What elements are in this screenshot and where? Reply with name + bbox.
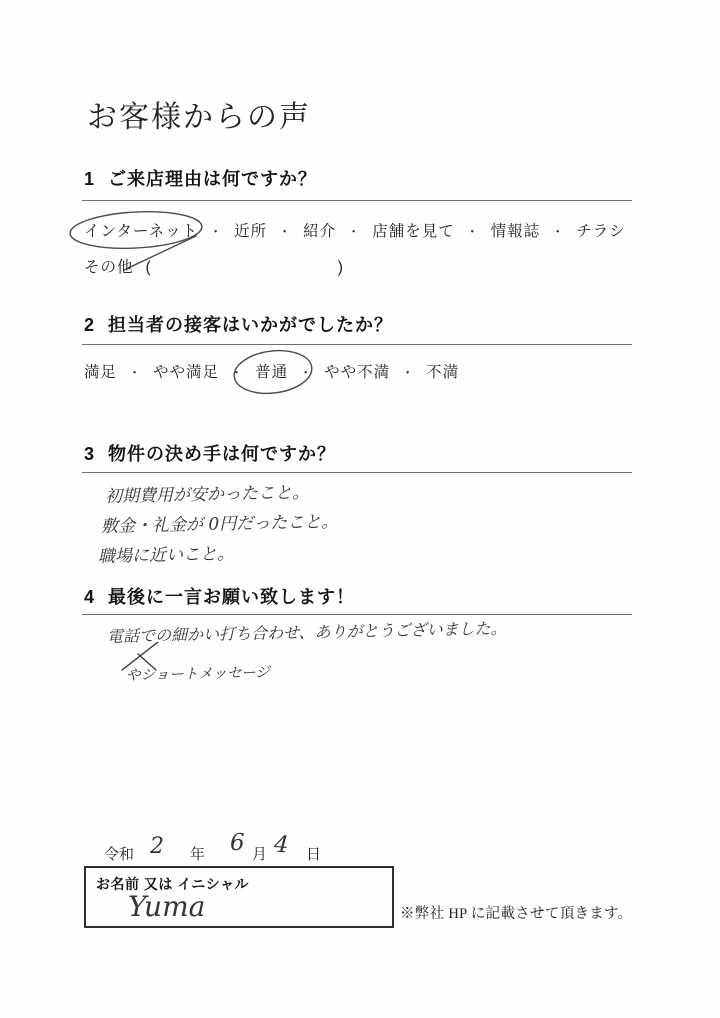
option-yaya-fuman: やや不満 (324, 360, 390, 382)
date-day-suffix: 日 (306, 843, 321, 864)
date-month-value: 6 (230, 830, 245, 856)
customer-feedback-form-scan: お客様からの声 1ご来店理由は何ですか？ インターネット ・ 近所 ・ 紹介 ・… (0, 0, 720, 1018)
question-3-answer-line-1: 初期費用が安かったこと。 (105, 478, 309, 507)
option-futsuu: 普通 (255, 360, 288, 382)
option-separator: ・ (299, 362, 313, 381)
footnote: ※弊社 HP に記載させて頂きます。 (400, 902, 633, 923)
option-separator: ・ (209, 221, 223, 240)
question-2-options: 満足 ・ やや満足 ・ 普通 ・ やや不満 ・ 不満 (84, 360, 459, 382)
option-separator: ・ (551, 221, 565, 240)
option-fuman: 不満 (426, 360, 459, 382)
question-4-text: 最後に一言お願い致します！ (108, 587, 355, 607)
question-2-divider (82, 344, 632, 345)
question-3-answer-line-2: 敷金・礼金が 0円だったこと。 (101, 507, 339, 537)
question-4-answer: 電話での細かい打ち合わせ、ありがとうございました。 (107, 616, 507, 647)
option-manzoku: 満足 (84, 360, 117, 382)
question-1-divider (82, 200, 632, 201)
question-3-answer-line-3: 職場に近いこと。 (98, 539, 234, 567)
option-shoukai: 紹介 (303, 219, 336, 241)
question-3-text: 物件の決め手は何ですか？ (108, 444, 336, 464)
option-separator: ・ (347, 221, 361, 240)
option-yaya-manzoku: やや満足 (153, 360, 219, 382)
option-chirashi: チラシ (576, 219, 626, 241)
other-paren-close: ) (338, 259, 344, 277)
question-1-other-row: その他 ( ) (84, 255, 344, 277)
question-1-text: ご来店理由は何ですか？ (108, 169, 317, 189)
question-4-number: 4 (84, 587, 95, 607)
option-internet-label: インターネット (84, 223, 198, 240)
question-2-text: 担当者の接客はいかがでしたか？ (108, 315, 393, 335)
option-separator: ・ (401, 362, 415, 381)
option-separator: ・ (466, 221, 480, 240)
date-year-value: 2 (150, 834, 164, 859)
date-day-value: 4 (273, 832, 289, 859)
question-2-heading: 2担当者の接客はいかがでしたか？ (84, 311, 393, 337)
name-box-value: Yuma (128, 890, 205, 923)
other-paren-open: ( (146, 259, 152, 277)
option-kinjo-label: 近所 (234, 223, 267, 240)
question-1-number: 1 (84, 169, 95, 189)
option-internet: インターネット (84, 219, 198, 241)
page-title: お客様からの声 (87, 92, 311, 136)
option-fuman-label: 不満 (426, 364, 459, 381)
question-1-heading: 1ご来店理由は何ですか？ (84, 165, 317, 191)
option-tenpo-label: 店舗を見て (372, 223, 455, 240)
date-year-suffix: 年 (190, 843, 205, 864)
option-yaya-fuman-label: やや不満 (324, 364, 390, 381)
date-era-label: 令和 (104, 843, 134, 864)
other-label: その他 (84, 255, 134, 277)
question-2-number: 2 (84, 315, 95, 335)
name-box: お名前 又は イニシャル Yuma (84, 866, 394, 928)
question-3-number: 3 (84, 444, 95, 464)
option-shoukai-label: 紹介 (303, 223, 336, 240)
option-jouhoushi: 情報誌 (491, 219, 541, 241)
date-month-suffix: 月 (252, 843, 267, 864)
option-chirashi-label: チラシ (576, 223, 626, 240)
option-jouhoushi-label: 情報誌 (491, 223, 541, 240)
question-1-options: インターネット ・ 近所 ・ 紹介 ・ 店舗を見て ・ 情報誌 ・ チラシ (84, 219, 626, 241)
option-manzoku-label: 満足 (84, 364, 117, 381)
question-3-heading: 3物件の決め手は何ですか？ (84, 440, 336, 466)
option-separator: ・ (278, 221, 292, 240)
question-4-insertion-note: やショートメッセージ (126, 661, 270, 685)
question-4-heading: 4最後に一言お願い致します！ (84, 583, 355, 609)
option-tenpo: 店舗を見て (372, 219, 455, 241)
option-futsuu-label: 普通 (255, 364, 288, 381)
option-separator: ・ (230, 362, 244, 381)
question-4-divider (82, 614, 632, 615)
option-separator: ・ (128, 362, 142, 381)
option-yaya-manzoku-label: やや満足 (153, 364, 219, 381)
option-kinjo: 近所 (234, 219, 267, 241)
question-3-divider (82, 472, 632, 473)
